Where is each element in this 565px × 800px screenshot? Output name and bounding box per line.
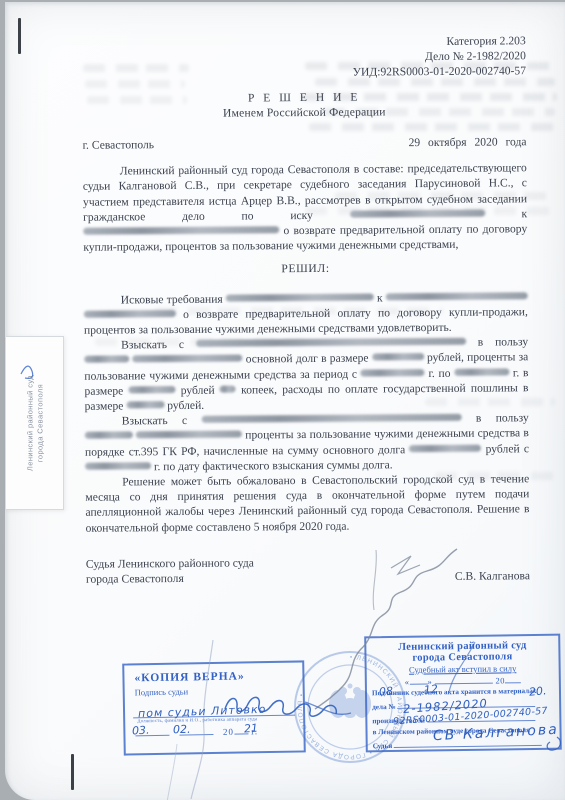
redacted-text xyxy=(136,431,242,439)
month-blank xyxy=(435,675,493,685)
recover1-to: г. по xyxy=(428,367,450,380)
intro-k: к xyxy=(521,207,527,220)
handwritten-copy-year: 21 xyxy=(244,722,259,736)
redacted-text xyxy=(372,354,424,361)
ruling-paragraph-2: Взыскать с в пользу основной долг в разм… xyxy=(84,335,529,415)
ruling-paragraph-3: Взыскать с в пользу проценты за пользова… xyxy=(85,411,529,475)
year-blank xyxy=(505,674,521,683)
redacted-text xyxy=(85,462,151,470)
judge-label: Судья xyxy=(373,742,393,750)
ruling-paragraph-1: Исковые требования к о возврате предвари… xyxy=(84,289,528,338)
redacted-text xyxy=(85,432,133,439)
redacted-text xyxy=(361,369,425,377)
decision-text: Категория 2.203 Дело № 2-1982/2020 УИД:9… xyxy=(82,33,530,587)
recover2-end: г. по дату фактического взыскания суммы … xyxy=(154,458,393,473)
handwritten-copy-day: 03. xyxy=(132,724,150,738)
copy-stamp-date-row: 20 г. xyxy=(135,726,258,738)
intro-paragraph: Ленинский районный суд города Севастопол… xyxy=(83,160,528,255)
side-tab-label: Ленинский районный суд города Севастопол… xyxy=(6,336,64,510)
redacted-text xyxy=(126,401,164,408)
redacted-text xyxy=(454,368,509,375)
redacted-text xyxy=(84,356,129,363)
document-header: Категория 2.203 Дело № 2-1982/2020 УИД:9… xyxy=(82,33,526,82)
recover2-lead: Взыскать с xyxy=(122,414,188,428)
recover2-favor: в пользу xyxy=(476,412,529,425)
decision-date: 29 октября 2020 года xyxy=(408,134,526,150)
redacted-text xyxy=(196,338,466,347)
side-tab-text: Ленинский районный суд города Севастопол… xyxy=(25,348,44,498)
handwritten-copy-month: 02. xyxy=(173,723,191,737)
entry-year-printed: 20 xyxy=(495,675,505,685)
handwritten-entry-month: 12 xyxy=(423,682,438,696)
appeal-paragraph: Решение может быть обжаловано в Севастоп… xyxy=(85,471,529,535)
copy-stamp-title: «КОПИЯ ВЕРНА» xyxy=(134,669,302,684)
uid-line: УИД:92RS0003-01-2020-002740-57 xyxy=(82,64,526,83)
signature-block: Судья Ленинского районного суда города С… xyxy=(86,553,530,587)
redacted-text xyxy=(409,444,481,452)
recover1-rub: рублей xyxy=(181,384,215,397)
case-label: дела № xyxy=(372,703,396,711)
handwritten-entry-year: 20. xyxy=(528,684,547,698)
city: г. Севастополь xyxy=(83,137,155,153)
redacted-text xyxy=(226,293,374,301)
scanned-court-decision: Категория 2.203 Дело № 2-1982/2020 УИД:9… xyxy=(0,0,565,800)
redacted-text xyxy=(220,385,236,392)
recover1-debt: основной долг в размере xyxy=(246,352,369,366)
judge-title: Судья Ленинского районного суда города С… xyxy=(86,555,254,587)
redacted-text xyxy=(83,226,279,235)
redacted-text xyxy=(386,292,528,300)
staple-mark-bottom xyxy=(71,754,74,790)
recover1-favor: в пользу xyxy=(478,336,528,349)
judge-name: С.В. Калганова xyxy=(455,568,530,584)
document-page: Категория 2.203 Дело № 2-1982/2020 УИД:9… xyxy=(5,2,565,800)
redacted-text xyxy=(132,355,242,363)
redacted-text xyxy=(84,310,176,318)
handwritten-entry-day: 08 xyxy=(379,685,394,699)
dateline: г. Севастополь 29 октября 2020 года xyxy=(83,134,527,153)
recover2-rub: рублей с xyxy=(486,442,529,455)
judge-title-line1: Судья Ленинского районного суда xyxy=(86,555,254,572)
ruling1-k: к xyxy=(377,291,383,304)
judge-title-line2: города Севастополя xyxy=(86,571,254,588)
resolved-heading: РЕШИЛ: xyxy=(83,260,527,279)
ruling1-text: Исковые требования xyxy=(121,292,223,306)
copy-stamp-signature-label: Подпись судьи xyxy=(135,684,303,697)
recover1-end: рублей. xyxy=(167,399,204,412)
side-tab-line2: города Севастополя xyxy=(35,348,45,498)
decision-subtitle: Именем Российской Федерации xyxy=(82,103,526,122)
recover1-lead: Взыскать с xyxy=(121,338,184,351)
redacted-text xyxy=(350,209,485,217)
staple-mark-top xyxy=(18,18,21,54)
redacted-text xyxy=(201,414,461,423)
redacted-text xyxy=(128,386,175,393)
copy-stamp-year: 20 xyxy=(223,727,234,737)
side-tab-line1: Ленинский районный суд xyxy=(25,348,35,498)
